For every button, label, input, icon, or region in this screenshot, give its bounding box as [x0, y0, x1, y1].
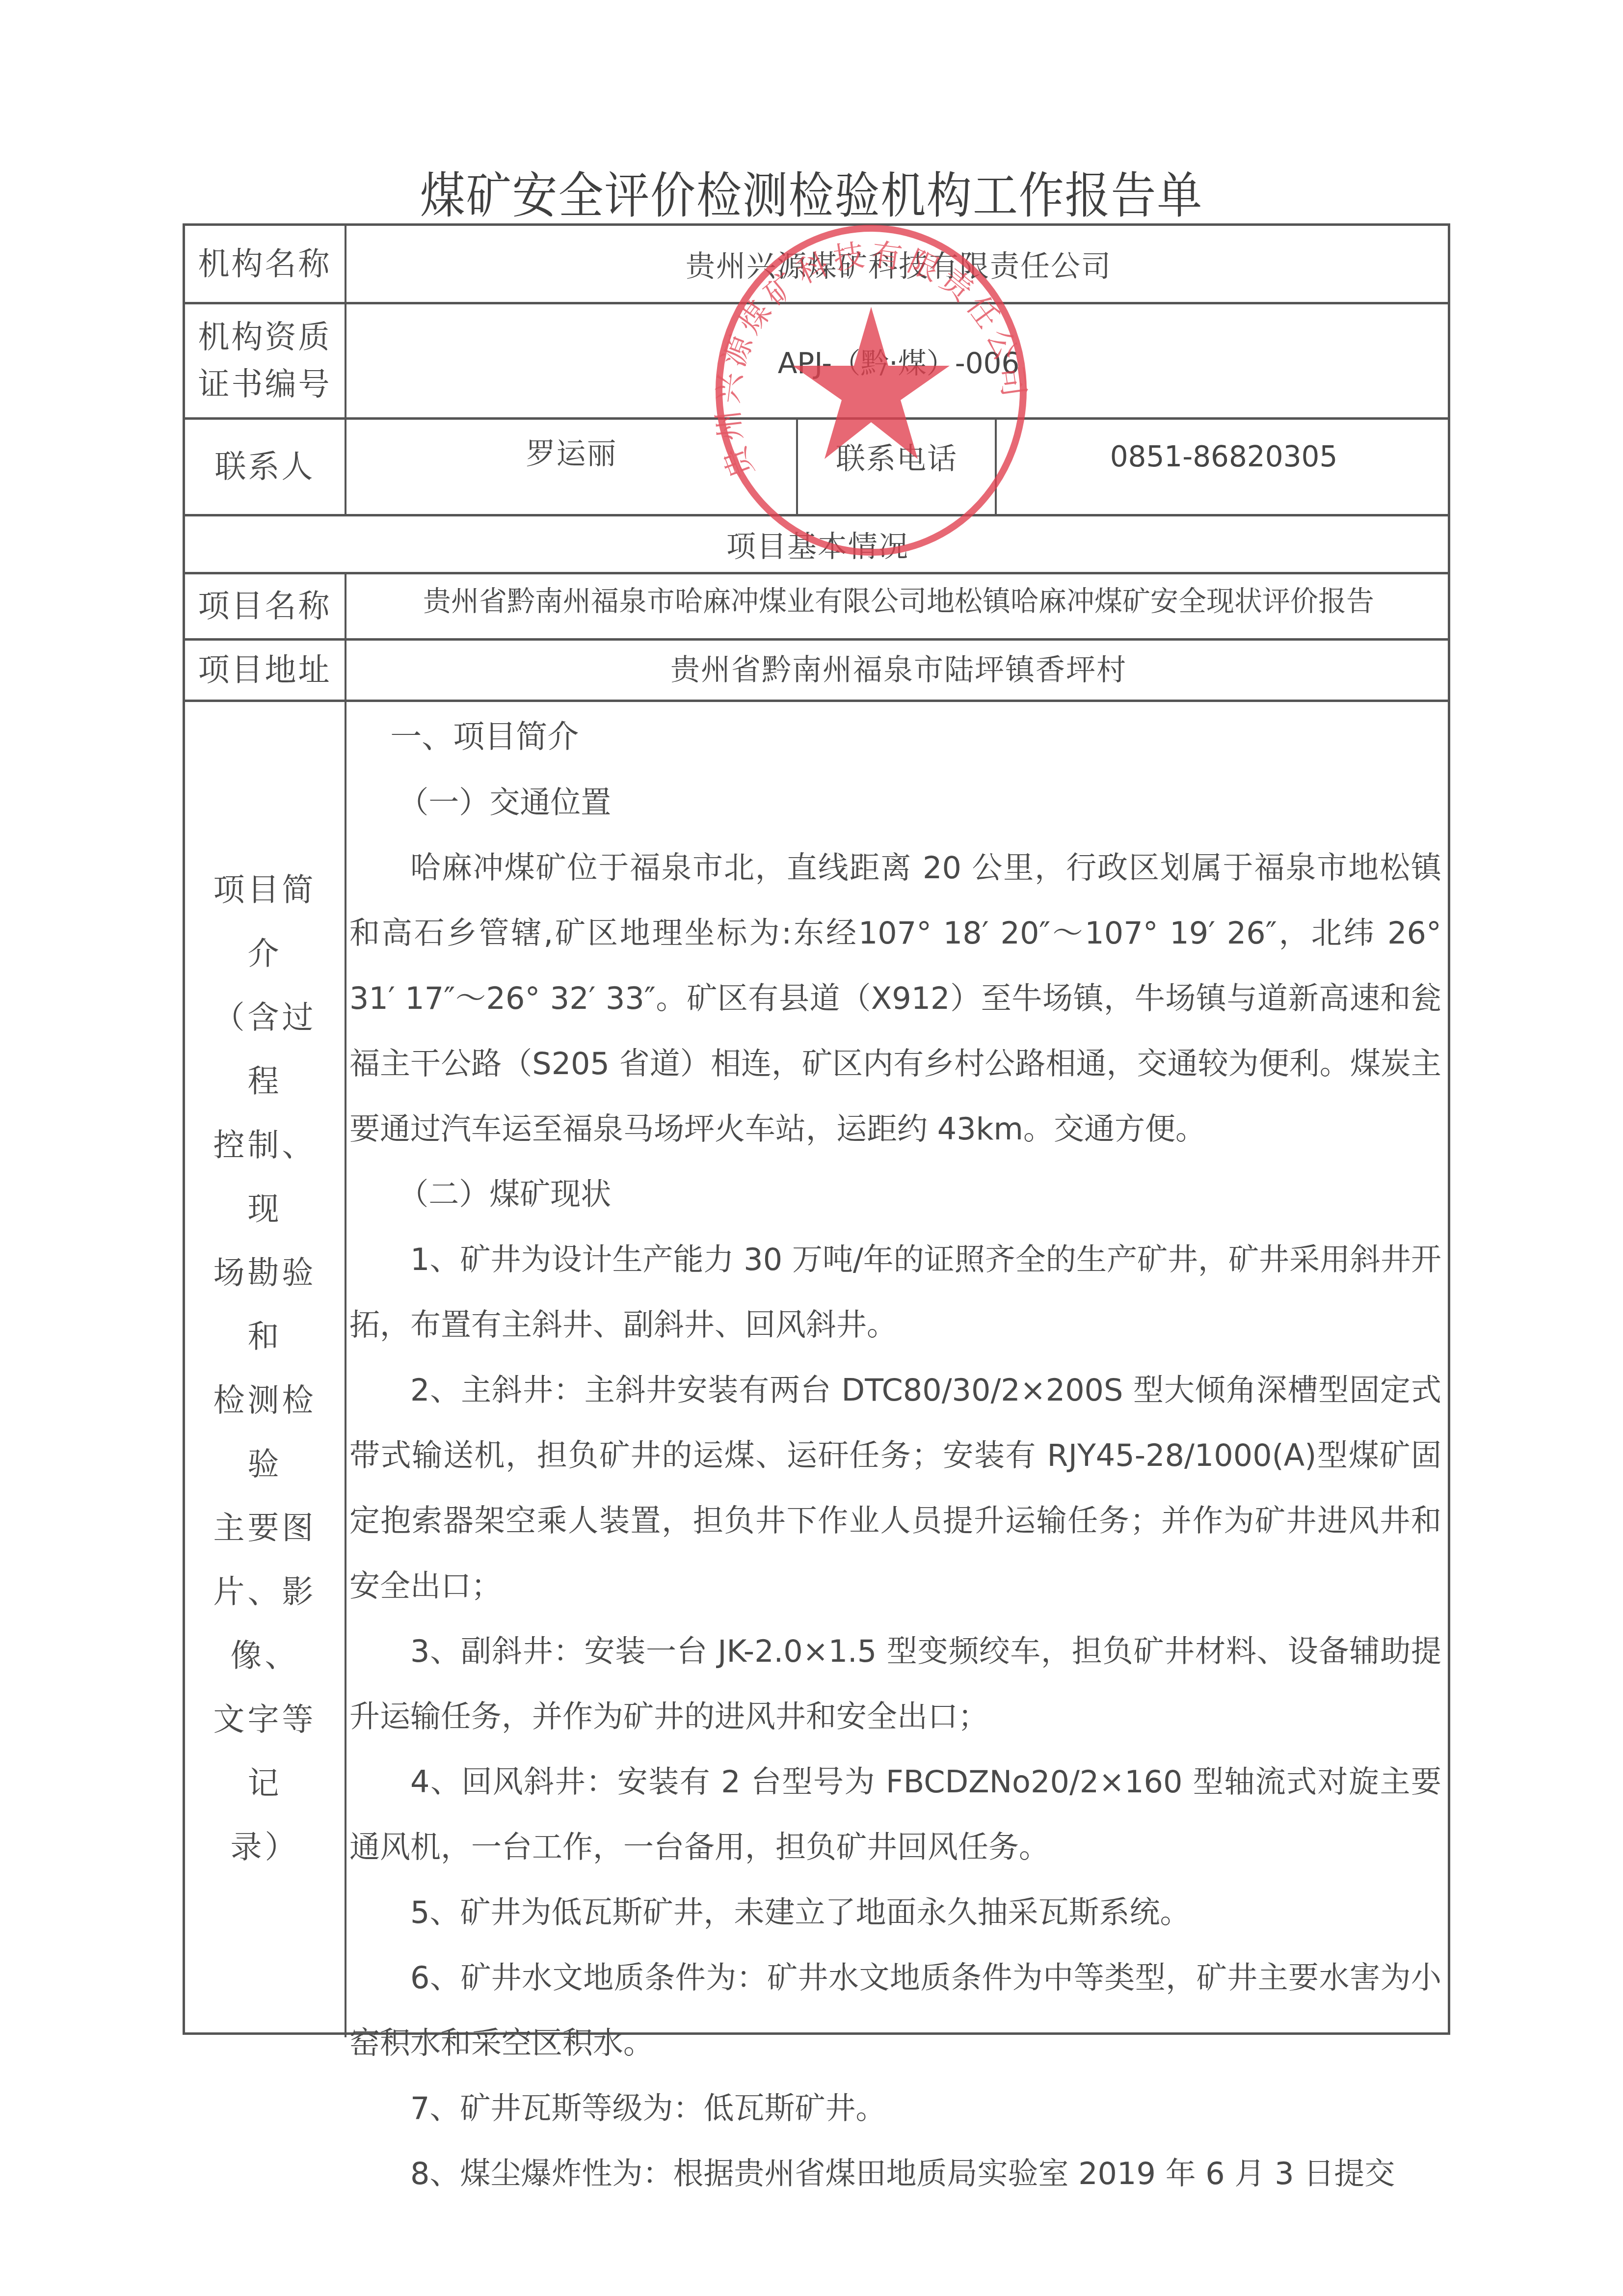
project-address-label: 项目地址 [185, 641, 345, 700]
column-divider [796, 417, 798, 514]
qualification-label: 机构资质 证书编号 [185, 304, 345, 417]
qualification-label-line1: 机构资质 [198, 314, 332, 361]
status-item: 1、矿井为设计生产能力 30 万吨/年的证照齐全的生产矿井，矿井采用斜井开拓，布… [349, 1227, 1441, 1357]
intro-label: 项目简介 （含过程 控制、现 场勘验和 检测检验 主要图 片、影像、 文字等记 … [185, 702, 345, 2035]
contact-label: 联系人 [185, 420, 345, 514]
traffic-paragraph: 哈麻冲煤矿位于福泉市北，直线距离 20 公里，行政区划属于福泉市地松镇和高石乡管… [349, 835, 1441, 1162]
phone-label: 联系电话 [798, 420, 995, 493]
report-table: 机构名称 贵州兴源煤矿科技有限责任公司 机构资质 证书编号 APJ-（黔·煤）-… [183, 223, 1450, 2035]
status-item: 8、煤尘爆炸性为：根据贵州省煤田地质局实验室 2019 年 6 月 3 日提交 [349, 2141, 1441, 2206]
intro-content: 一、项目简介 （一）交通位置 哈麻冲煤矿位于福泉市北，直线距离 20 公里，行政… [349, 704, 1441, 2206]
intro-label-line: 场勘验和 [197, 1241, 333, 1369]
intro-heading: 一、项目简介 [349, 704, 1441, 770]
intro-label-line: 控制、现 [197, 1113, 333, 1241]
status-item: 4、回风斜井：安装有 2 台型号为 FBCDZNo20/2×160 型轴流式对旋… [349, 1749, 1441, 1880]
column-divider [345, 572, 346, 2037]
intro-label-line: 片、影像、 [197, 1560, 333, 1688]
org-name-label: 机构名称 [185, 226, 345, 302]
intro-label-line: （含过程 [197, 986, 333, 1113]
document-title: 煤矿安全评价检测检验机构工作报告单 [65, 156, 1558, 227]
row-divider [185, 700, 1448, 702]
phone-number: 0851-86820305 [997, 420, 1450, 493]
status-item: 7、矿井瓦斯等级为：低瓦斯矿井。 [349, 2076, 1441, 2141]
qualification-number: APJ-（黔·煤）-006 [347, 304, 1450, 417]
status-subheading: （二）煤矿现状 [349, 1162, 1441, 1227]
org-name-value: 贵州兴源煤矿科技有限责任公司 [347, 226, 1450, 302]
status-item: 6、矿井水文地质条件为：矿井水文地质条件为中等类型，矿井主要水害为小窑积水和采空… [349, 1945, 1441, 2076]
intro-label-line: 项目简介 [197, 858, 333, 986]
traffic-subheading: （一）交通位置 [349, 770, 1441, 835]
project-address-value: 贵州省黔南州福泉市陆坪镇香坪村 [347, 641, 1450, 695]
column-divider [995, 417, 997, 514]
intro-label-line: 录） [231, 1815, 299, 1879]
section-header: 项目基本情况 [185, 516, 1450, 572]
intro-label-line: 检测检验 [197, 1369, 333, 1496]
intro-label-line: 主要图 [213, 1496, 317, 1560]
intro-label-line: 文字等记 [197, 1688, 333, 1815]
column-divider [345, 226, 346, 514]
status-item: 2、主斜井：主斜井安装有两台 DTC80/30/2×200S 型大倾角深槽型固定… [349, 1357, 1441, 1619]
status-item: 5、矿井为低瓦斯矿井，未建立了地面永久抽采瓦斯系统。 [349, 1880, 1441, 1945]
project-name-label: 项目名称 [185, 574, 345, 638]
status-item: 3、副斜井：安装一台 JK-2.0×1.5 型变频绞车，担负矿井材料、设备辅助提… [349, 1619, 1441, 1749]
project-name-value: 贵州省黔南州福泉市哈麻冲煤业有限公司地松镇哈麻冲煤矿安全现状评价报告 [347, 574, 1450, 623]
qualification-label-line2: 证书编号 [198, 361, 332, 408]
contact-person: 罗运丽 [347, 420, 796, 484]
